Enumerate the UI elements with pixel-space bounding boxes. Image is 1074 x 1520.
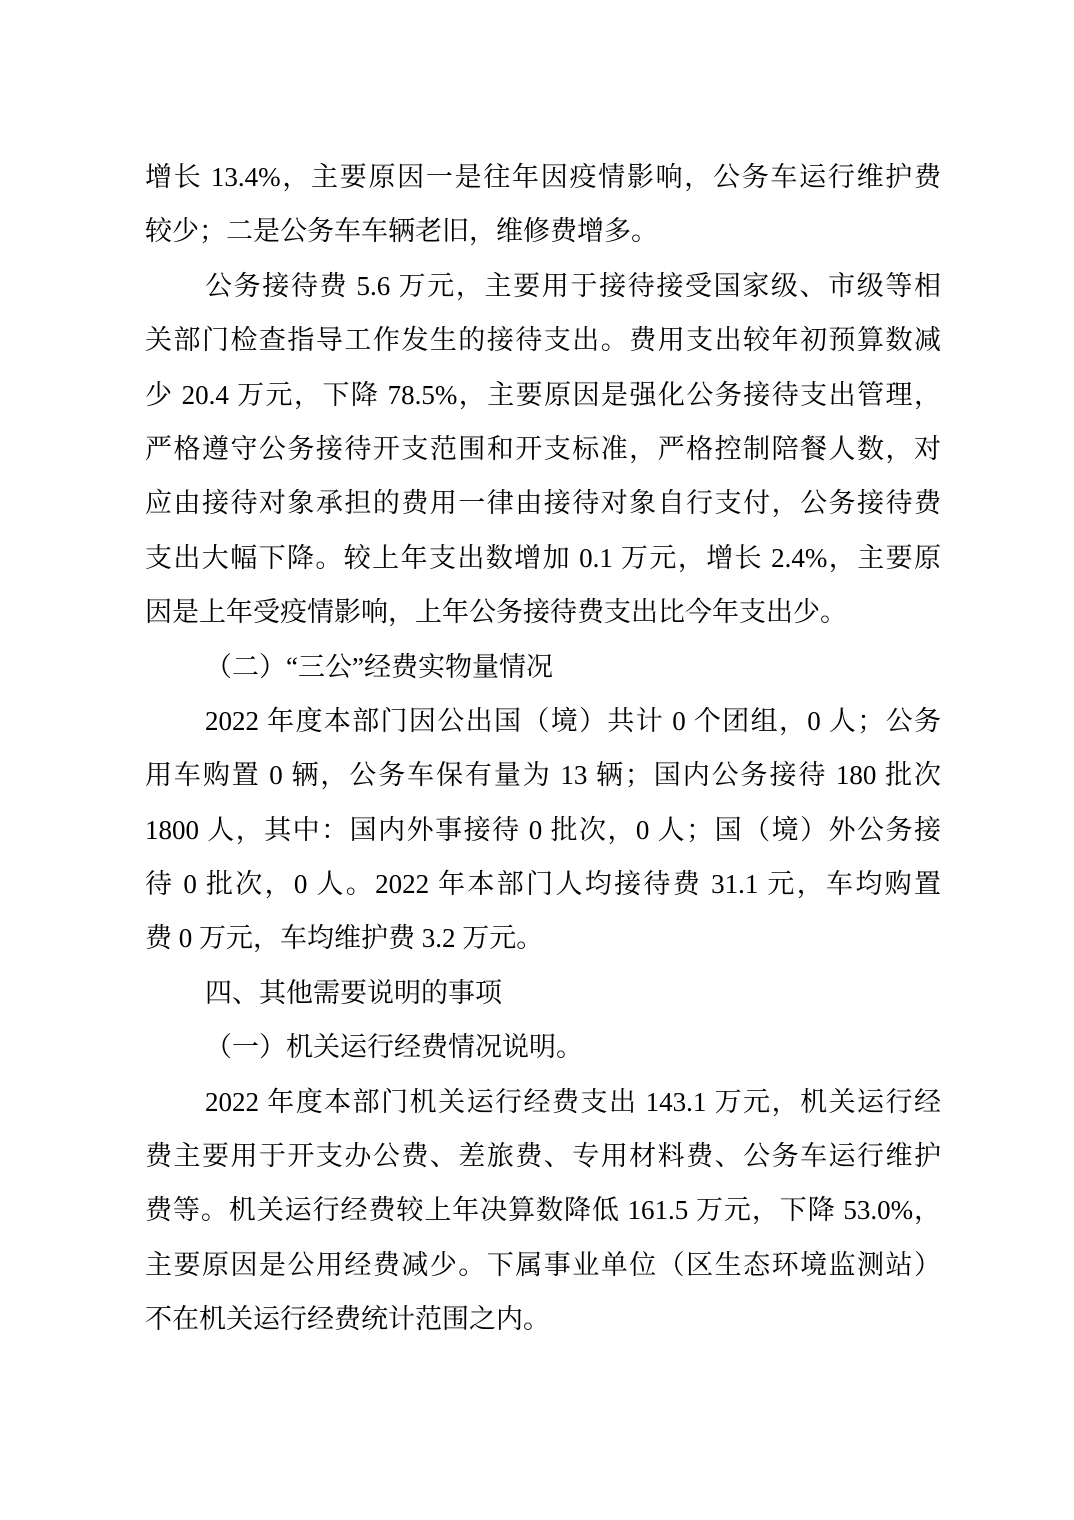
document-text-block: 增长 13.4%，主要原因一是往年因疫情影响，公务车运行维护费较少；二是公务车车…: [145, 150, 941, 1347]
text-line: 较少；二是公务车车辆老旧，维修费增多。: [145, 204, 941, 258]
text-line: 严格遵守公务接待开支范围和开支标准，严格控制陪餐人数，对: [145, 422, 941, 476]
text-line: 增长 13.4%，主要原因一是往年因疫情影响，公务车运行维护费: [145, 150, 941, 204]
text-line: 待 0 批次，0 人。2022 年本部门人均接待费 31.1 元，车均购置: [145, 857, 941, 911]
text-line: 因是上年受疫情影响，上年公务接待费支出比今年支出少。: [145, 585, 941, 639]
text-line: 2022 年度本部门机关运行经费支出 143.1 万元，机关运行经: [145, 1075, 941, 1129]
text-line: 少 20.4 万元，下降 78.5%，主要原因是强化公务接待支出管理，: [145, 368, 941, 422]
text-line: 1800 人，其中：国内外事接待 0 批次，0 人；国（境）外公务接: [145, 803, 941, 857]
text-line: 支出大幅下降。较上年支出数增加 0.1 万元，增长 2.4%，主要原: [145, 531, 941, 585]
text-line: 费主要用于开支办公费、差旅费、专用材料费、公务车运行维护: [145, 1129, 941, 1183]
section-heading-line: 四、其他需要说明的事项: [145, 966, 941, 1020]
text-line: 不在机关运行经费统计范围之内。: [145, 1292, 941, 1346]
text-line: 费等。机关运行经费较上年决算数降低 161.5 万元，下降 53.0%，: [145, 1183, 941, 1237]
text-line: 费 0 万元，车均维护费 3.2 万元。: [145, 911, 941, 965]
text-line: 关部门检查指导工作发生的接待支出。费用支出较年初预算数减: [145, 313, 941, 367]
text-line: 公务接待费 5.6 万元，主要用于接待接受国家级、市级等相: [145, 259, 941, 313]
section-heading-line: （二）“三公”经费实物量情况: [145, 640, 941, 694]
text-line: 主要原因是公用经费减少。下属事业单位（区生态环境监测站）: [145, 1238, 941, 1292]
text-line: 2022 年度本部门因公出国（境）共计 0 个团组，0 人；公务: [145, 694, 941, 748]
text-line: 用车购置 0 辆，公务车保有量为 13 辆；国内公务接待 180 批次: [145, 748, 941, 802]
document-page: 增长 13.4%，主要原因一是往年因疫情影响，公务车运行维护费较少；二是公务车车…: [0, 0, 1074, 1520]
text-line: 应由接待对象承担的费用一律由接待对象自行支付，公务接待费: [145, 476, 941, 530]
section-heading-line: （一）机关运行经费情况说明。: [145, 1020, 941, 1074]
